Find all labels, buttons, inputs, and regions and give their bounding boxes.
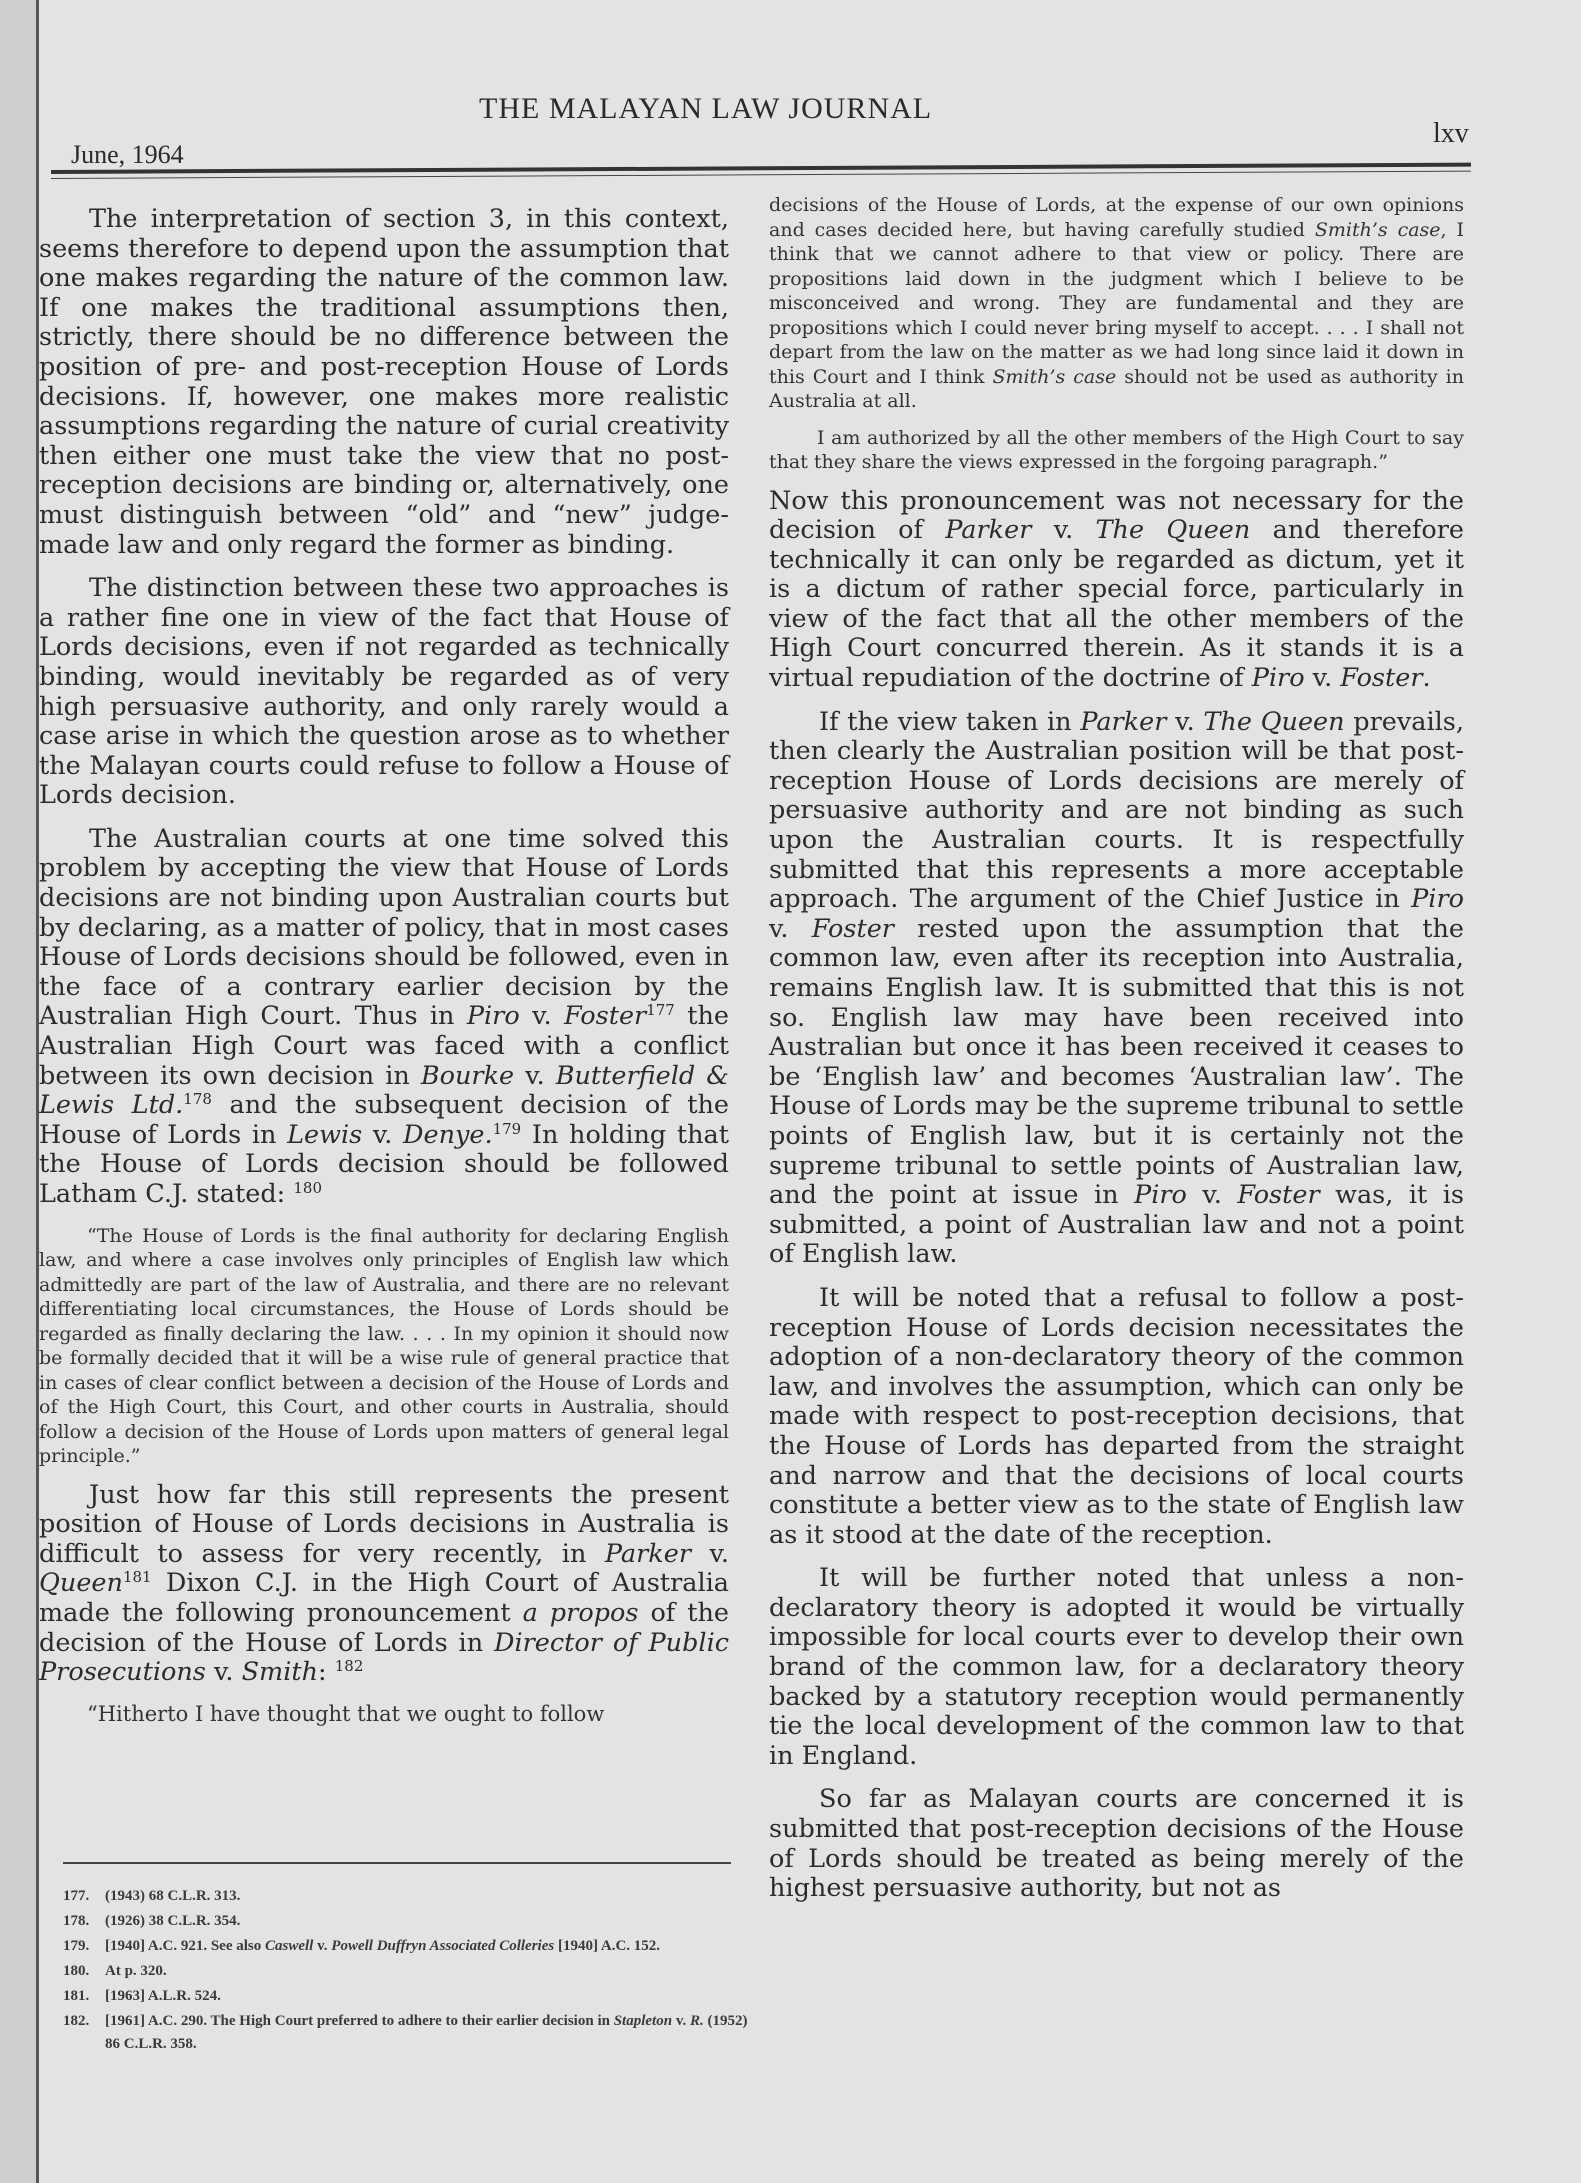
case-name: Piro xyxy=(1134,1180,1187,1210)
case-name: Piro xyxy=(467,1001,520,1031)
journal-page: THE MALAYAN LAW JOURNAL June, 1964 lxv T… xyxy=(39,0,1581,2183)
case-name: Piro xyxy=(1411,884,1464,914)
case-name: R. xyxy=(690,2013,704,2029)
journal-title: THE MALAYAN LAW JOURNAL xyxy=(479,92,932,126)
issue-date: June, 1964 xyxy=(71,140,184,170)
case-name: Foster xyxy=(1340,663,1422,693)
case-name: Bourke xyxy=(421,1061,514,1091)
case-name: Queen xyxy=(39,1568,123,1598)
footnote-ref: 182 xyxy=(335,1657,364,1675)
paragraph: The distinction between these two approa… xyxy=(39,574,729,811)
case-name: The Queen xyxy=(1203,707,1344,737)
footnote: 179. [1940] A.C. 921. See also Caswell v… xyxy=(63,1935,753,1958)
footnote: 177. (1943) 68 C.L.R. 313. xyxy=(63,1885,753,1908)
case-name: Parker xyxy=(605,1539,691,1569)
case-name: Denye. xyxy=(403,1120,493,1150)
case-name: Foster xyxy=(564,1001,646,1031)
case-name: Smith’s case xyxy=(1315,219,1441,241)
block-quote-start: “Hitherto I have thought that we ought t… xyxy=(39,1702,729,1727)
block-quote-end: I am authorized by all the other members… xyxy=(769,426,1464,475)
case-name: The Queen xyxy=(1096,515,1251,545)
footnote: 178. (1926) 38 C.L.R. 354. xyxy=(63,1910,753,1933)
page-binding-edge xyxy=(0,0,39,2183)
case-name: Stapleton xyxy=(614,2013,672,2029)
footnote: 180. At p. 320. xyxy=(63,1960,753,1983)
case-name: Powell Duffryn Associated Colleries xyxy=(331,1938,554,1954)
case-name: Piro xyxy=(1252,663,1305,693)
paragraph: It will be further noted that unless a n… xyxy=(769,1564,1464,1771)
paragraph: Now this pronouncement was not necessary… xyxy=(769,487,1464,694)
case-name: Foster xyxy=(812,914,894,944)
footnote-ref: 178 xyxy=(183,1090,212,1108)
case-name: Caswell xyxy=(265,1938,313,1954)
paragraph: So far as Malayan courts are concerned i… xyxy=(769,1785,1464,1903)
footnote-divider xyxy=(63,1862,731,1864)
footnote: 181. [1963] A.L.R. 524. xyxy=(63,1985,753,2008)
footnote-ref: 180 xyxy=(293,1179,322,1197)
case-name: Parker xyxy=(945,515,1031,545)
case-name: Parker xyxy=(1080,707,1166,737)
footnote: 182. [1961] A.C. 290. The High Court pre… xyxy=(63,2010,753,2056)
paragraph: It will be noted that a refusal to follo… xyxy=(769,1284,1464,1550)
left-column: The interpretation of section 3, in this… xyxy=(39,205,729,1738)
block-quote-continued: decisions of the House of Lords, at the … xyxy=(769,193,1464,414)
paragraph: If the view taken in Parker v. The Queen… xyxy=(769,708,1464,1270)
case-name: Smith xyxy=(242,1657,318,1687)
footnote-ref: 177 xyxy=(646,1001,675,1019)
case-name: Foster xyxy=(1237,1180,1319,1210)
latin-phrase: a propos xyxy=(523,1598,639,1628)
case-name: Lewis xyxy=(287,1120,362,1150)
block-quote: “The House of Lords is the final authori… xyxy=(39,1224,729,1469)
paragraph: The Australian courts at one time solved… xyxy=(39,825,729,1210)
case-name: Smith’s case xyxy=(993,366,1117,388)
footnotes: 177. (1943) 68 C.L.R. 313. 178. (1926) 3… xyxy=(63,1885,753,2058)
paragraph: Just how far this still represents the p… xyxy=(39,1481,729,1688)
footnote-ref: 179 xyxy=(493,1120,522,1138)
right-column: decisions of the House of Lords, at the … xyxy=(769,193,1464,1918)
paragraph: The interpretation of section 3, in this… xyxy=(39,205,729,560)
footnote-ref: 181 xyxy=(123,1568,152,1586)
page-number: lxv xyxy=(1433,118,1469,150)
